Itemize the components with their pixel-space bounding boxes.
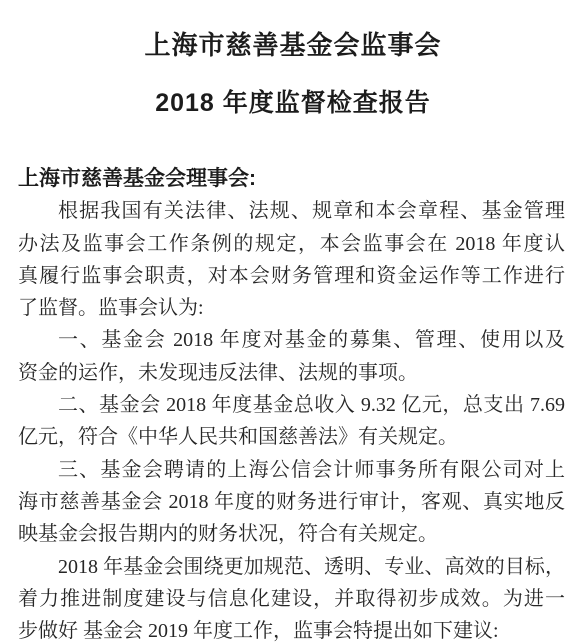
text-line: 三、基金会聘请的上海公信会计师事务所有限公司对上 <box>18 454 565 486</box>
text-line: 映基金会报告期内的财务状况，符合有关规定。 <box>18 518 565 550</box>
document-title: 上海市慈善基金会监事会 <box>0 25 586 62</box>
text-line: 了监督。监事会认为: <box>18 292 565 324</box>
document-body: 上海市慈善基金会理事会: 根据我国有关法律、法规、规章和本会章程、基金管理办法及… <box>18 163 565 642</box>
text-line: 步做好 基金会 2019 年度工作，监事会特提出如下建议: <box>18 615 565 642</box>
text-line: 二、基金会 2018 年度基金总收入 9.32 亿元，总支出 7.69 <box>18 389 565 421</box>
text-line: 根据我国有关法律、法规、规章和本会章程、基金管理 <box>18 195 565 227</box>
text-line: 着力推进制度建设与信息化建设，并取得初步成效。为进一 <box>18 583 565 615</box>
text-line: 2018 年基金会围绕更加规范、透明、专业、高效的目标， <box>18 551 565 583</box>
salutation: 上海市慈善基金会理事会: <box>18 163 565 195</box>
text-line: 办法及监事会工作条例的规定，本会监事会在 2018 年度认 <box>18 228 565 260</box>
document-page: 上海市慈善基金会监事会 2018 年度监督检查报告 上海市慈善基金会理事会: 根… <box>0 0 586 642</box>
text-line: 一、基金会 2018 年度对基金的募集、管理、使用以及 <box>18 324 565 356</box>
text-line: 海市慈善基金会 2018 年度的财务进行审计，客观、真实地反 <box>18 486 565 518</box>
text-line: 真履行监事会职责，对本会财务管理和资金运作等工作进行 <box>18 260 565 292</box>
paragraph-lines: 根据我国有关法律、法规、规章和本会章程、基金管理办法及监事会工作条例的规定，本会… <box>18 195 565 642</box>
document-subtitle: 2018 年度监督检查报告 <box>0 83 586 119</box>
text-line: 资金的运作，未发现违反法律、法规的事项。 <box>18 357 565 389</box>
text-line: 亿元，符合《中华人民共和国慈善法》有关规定。 <box>18 421 565 453</box>
